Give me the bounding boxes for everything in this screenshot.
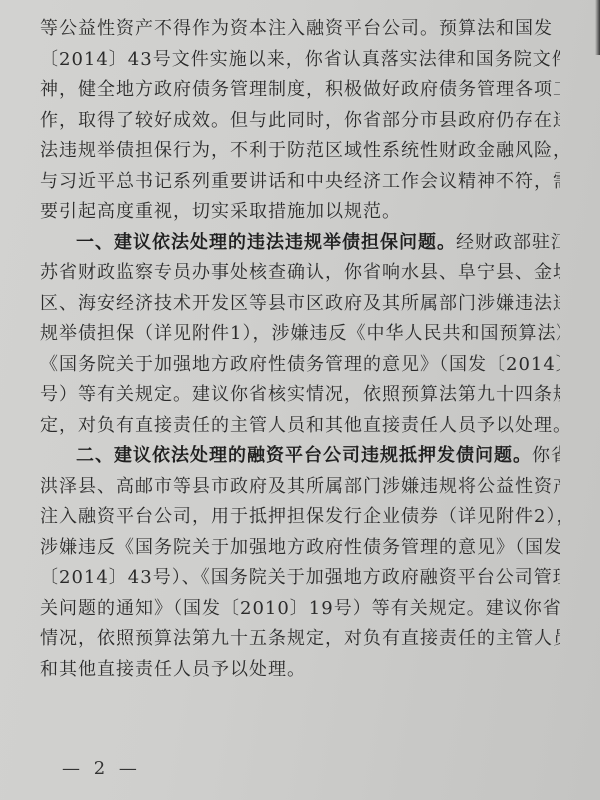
text-line: 和其他直接责任人员予以处理。 [40, 655, 560, 686]
document-page: 等公益性资产不得作为资本注入融资平台公司。预算法和国发 〔2014〕43号文件实… [0, 0, 600, 800]
text-fragment: 经财政部驻江 [456, 232, 560, 253]
text-line: 要引起高度重视，切实采取措施加以规范。 [40, 197, 560, 228]
section-2-heading: 二、建议依法处理的融资平台公司违规抵押发债问题。 [76, 445, 532, 466]
text-line: 〔2014〕43号）、《国务院关于加强地方政府融资平台公司管理有 [40, 563, 560, 594]
document-body: 等公益性资产不得作为资本注入融资平台公司。预算法和国发 〔2014〕43号文件实… [40, 14, 560, 685]
section-1-first-line: 一、建议依法处理的违法违规举债担保问题。经财政部驻江 [40, 228, 560, 259]
section-2-paragraph: 二、建议依法处理的融资平台公司违规抵押发债问题。你省 洪泽县、高邮市等县市政府及… [40, 441, 560, 685]
section-2-first-line: 二、建议依法处理的融资平台公司违规抵押发债问题。你省 [40, 441, 560, 472]
text-line: 与习近平总书记系列重要讲话和中央经济工作会议精神不符，需 [40, 167, 560, 198]
section-1-heading: 一、建议依法处理的违法违规举债担保问题。 [76, 232, 456, 253]
section-1-paragraph: 一、建议依法处理的违法违规举债担保问题。经财政部驻江 苏省财政监察专员办事处核查… [40, 228, 560, 442]
text-line: 洪泽县、高邮市等县市政府及其所属部门涉嫌违规将公益性资产 [40, 472, 560, 503]
page-edge-shadow [595, 0, 600, 55]
text-line: 区、海安经济技术开发区等县市区政府及其所属部门涉嫌违法违 [40, 289, 560, 320]
text-line: 等公益性资产不得作为资本注入融资平台公司。预算法和国发 [40, 14, 560, 45]
text-line: 情况，依照预算法第九十五条规定，对负有直接责任的主管人员 [40, 624, 560, 655]
text-line: 定，对负有直接责任的主管人员和其他直接责任人员予以处理。 [40, 411, 560, 442]
text-line: 〔2014〕43号文件实施以来，你省认真落实法律和国务院文件精 [40, 45, 560, 76]
intro-paragraph: 等公益性资产不得作为资本注入融资平台公司。预算法和国发 〔2014〕43号文件实… [40, 14, 560, 228]
text-fragment: 你省 [532, 445, 560, 466]
text-line: 涉嫌违反《国务院关于加强地方政府性债务管理的意见》（国发 [40, 533, 560, 564]
text-line: 法违规举债担保行为，不利于防范区域性系统性财政金融风险， [40, 136, 560, 167]
text-line: 作，取得了较好成效。但与此同时，你省部分市县政府仍存在违 [40, 106, 560, 137]
text-line: 关问题的通知》（国发〔2010〕19号）等有关规定。建议你省核实 [40, 594, 560, 625]
text-line: 注入融资平台公司，用于抵押担保发行企业债券（详见附件2）， [40, 502, 560, 533]
text-line: 号）等有关规定。建议你省核实情况，依照预算法第九十四条规 [40, 380, 560, 411]
text-line: 苏省财政监察专员办事处核查确认，你省响水县、阜宁县、金坛 [40, 258, 560, 289]
text-line: 规举债担保（详见附件1），涉嫌违反《中华人民共和国预算法》、 [40, 319, 560, 350]
page-number: — 2 — [62, 758, 141, 779]
text-line: 神，健全地方政府债务管理制度，积极做好政府债务管理各项工 [40, 75, 560, 106]
text-line: 《国务院关于加强地方政府性债务管理的意见》（国发〔2014〕43 [40, 350, 560, 381]
